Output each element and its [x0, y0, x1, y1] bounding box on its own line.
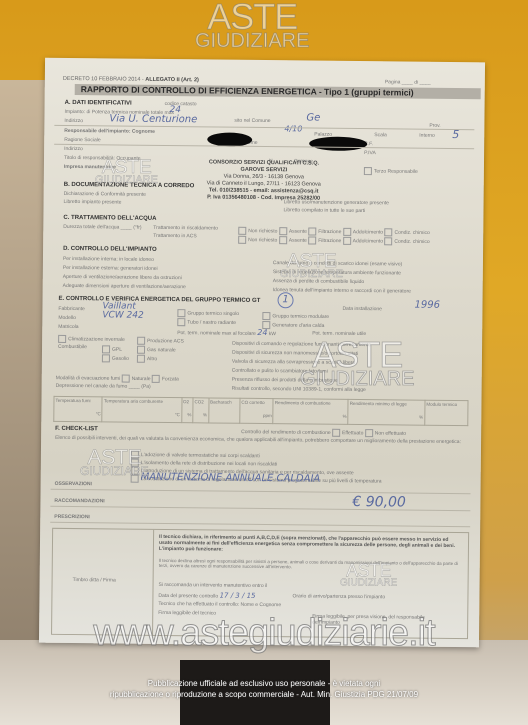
gt-number: 1	[277, 292, 293, 308]
fuel-gpl: GPL	[102, 345, 122, 353]
d-item-right-4: Idonea tenuta dell'impianto interno e ra…	[273, 287, 411, 294]
fuel-gasolio: Gasolio	[102, 354, 129, 362]
notice-line-1: Pubblicazione ufficiale ad esclusivo uso…	[0, 678, 528, 689]
intervento-label: Si raccomanda un intervento manutentivo …	[159, 582, 268, 589]
tecnico-label: Tecnico che ha effettuato il controllo: …	[158, 601, 281, 608]
raccomandazioni-label: RACCOMANDAZIONI	[54, 498, 104, 505]
civico-value: 4/10	[284, 124, 302, 133]
section-f-heading: F. CHECK-LIST	[55, 426, 98, 432]
watermark-logo-4: ASTEGIUDIZIARE	[80, 448, 149, 477]
data-controllo: Data del presente controllo 17 / 3 / 15	[158, 591, 255, 600]
combustion-measurements-table: Temperatura fumi°CTemperatura aria combu…	[53, 396, 468, 426]
section-e-heading: E. CONTROLLO E VERIFICA ENERGETICA DEL G…	[59, 296, 261, 304]
watermark-logo-1: ASTEGIUDIZIARE	[95, 158, 158, 184]
page-indicator: Pagina ____ di ____	[385, 79, 431, 85]
terzo-responsabile: Terzo Responsabile	[364, 167, 418, 176]
section-d-heading: D. CONTROLLO DELL'IMPIANTO	[63, 246, 157, 253]
watermark-logo-top: ASTEGIUDIZIARE	[195, 2, 309, 50]
notice-line-2: ripubblicazione o riproduzione a scopo c…	[0, 689, 528, 700]
combustibile-label: Combustibile	[58, 344, 87, 350]
depressione-fumi: Depressione nel canale da fumo ____ (Pa)	[56, 383, 151, 390]
raccomandazioni-value: € 90,00	[352, 494, 406, 511]
comune-value: Ge	[306, 112, 320, 123]
modello-value: VCW 242	[102, 310, 143, 320]
d-item-left-1: Per installazione interna: in locale ido…	[63, 256, 154, 263]
watermark-url: www.astegiudiziarie.it	[0, 612, 528, 655]
ragione-label: Ragione Sociale	[64, 137, 100, 143]
tubo-radiante: Tubo / nastro radiante	[177, 318, 236, 327]
redacted-name	[309, 136, 367, 151]
modello-label: Modello	[58, 315, 76, 321]
page-label: Pagina	[385, 79, 401, 85]
publication-notice: Pubblicazione ufficiale ad esclusivo uso…	[0, 678, 528, 700]
interno-label: Interno	[419, 133, 435, 139]
water-options-row-2: Non richiesto Assente Filtrazione Addolc…	[238, 236, 430, 246]
measure-cell: Rendimento minimo di legge%	[348, 399, 425, 425]
attachment-label: ALLEGATO II (Art. 2)	[145, 77, 199, 84]
libretto-compilato: Libretto compilato in tutte le sue parti	[283, 207, 365, 214]
matricola-label: Matricola	[58, 324, 78, 330]
company-stamp: CONSORZIO SERVIZI QUALIFICATI C.S.Q. GAR…	[194, 159, 334, 202]
section-a-heading: A. DATI IDENTIFICATIVI	[65, 100, 132, 107]
timbro-label: Timbro ditta / Firma	[73, 577, 116, 583]
comune-label: sito nel Comune	[234, 118, 270, 124]
piva-label: P.IVA	[364, 150, 376, 156]
terzo-label: Terzo Responsabile	[374, 168, 418, 174]
decree-text: DECRETO 10 FEBBRAIO 2014	[63, 76, 141, 83]
d-item-left-2: Per installazione esterna: generatori id…	[63, 265, 158, 272]
prescrizioni-label: PRESCRIZIONI	[54, 514, 90, 520]
document-title: RAPPORTO DI CONTROLLO DI EFFICIENZA ENER…	[75, 84, 481, 99]
doc-conformita: Dichiarazione di Conformità presente	[64, 191, 146, 198]
fuel-altro: Altro	[137, 355, 157, 363]
responsabile-label: Responsabile dell'impianto: Cognome	[64, 128, 155, 135]
fuel-gas: Gas naturale	[137, 346, 176, 354]
decree-header: DECRETO 10 FEBBRAIO 2014 - ALLEGATO II (…	[63, 76, 199, 83]
indirizzo-value: Via U. Centurione	[109, 113, 197, 125]
gruppo-singolo: Gruppo termico singolo	[177, 309, 239, 318]
section-c-heading: C. TRATTAMENTO DELL'ACQUA	[63, 215, 156, 222]
fabbricante-label: Fabbricante	[58, 306, 84, 312]
d-item-left-3: Aperture di ventilazione/aerazione liber…	[63, 274, 182, 281]
indirizzo2-label: Indirizzo	[64, 146, 83, 152]
measure-cell: O2%	[181, 398, 193, 423]
orario-label: Orario di arrivo/partenza presso l'impia…	[292, 593, 385, 600]
watermark-logo-2: ASTEGIUDIZIARE	[280, 252, 343, 278]
energy-efficiency-report: DECRETO 10 FEBBRAIO 2014 - ALLEGATO II (…	[39, 58, 485, 648]
scala-label: Scala	[374, 132, 387, 138]
produzione-acs: Produzione ACS	[137, 337, 184, 345]
climatizzazione: Climatizzazione invernale	[58, 335, 125, 344]
data-installazione-value: 1996	[414, 300, 440, 311]
watermark-logo-3: ASTEGIUDIZIARE	[300, 340, 414, 388]
data-installazione-label: Data installazione	[342, 306, 382, 312]
indirizzo-label: Indirizzo	[64, 118, 83, 124]
gruppo-modulare: Gruppo termico modulare	[262, 312, 329, 321]
measure-cell: Rendimento di combustione%	[273, 399, 348, 425]
interno-value: 5	[452, 128, 459, 141]
libretto-generatore: Libretto uso/manutenzione generatore pre…	[284, 199, 389, 206]
osservazioni-value: Manutenzione annuale caldaia	[141, 472, 321, 485]
d-item-left-4: Adeguate dimensioni aperture di ventilaz…	[63, 283, 186, 290]
watermark-logo-5: ASTEGIUDIZIARE	[340, 563, 397, 587]
osservazioni-label: OSSERVAZIONI	[55, 481, 92, 487]
libretto-impianto: Libretto impianto presente	[64, 199, 122, 206]
page-of: di	[414, 80, 418, 86]
measure-cell: Bacharach	[208, 398, 240, 423]
measure-cell: CO2%	[193, 398, 209, 423]
durezza-label: Durezza totale dell'acqua ____ (°fr)	[63, 224, 141, 231]
evacuazione-fumi: Modalità di evacuazione fumi Naturale Fo…	[56, 374, 179, 383]
measure-cell: Modulo termico	[425, 400, 468, 425]
measure-cell: CO correttoppm	[240, 398, 274, 423]
measure-cell: Temperatura aria comburente°C	[102, 397, 181, 423]
declaration-text-2: Il tecnico declina altresì ogni responsa…	[159, 558, 459, 571]
tratt-riscaldamento: Trattamento in riscaldamento	[153, 225, 218, 232]
declaration-text: Il tecnico dichiara, in riferimento ai p…	[159, 534, 459, 555]
measure-cell: Temperatura fumi°C	[54, 396, 103, 422]
tratt-acs: Trattamento in ACS	[153, 233, 197, 239]
pot-focolare: Pot. term. nominale max al focolare 24 k…	[177, 327, 276, 337]
